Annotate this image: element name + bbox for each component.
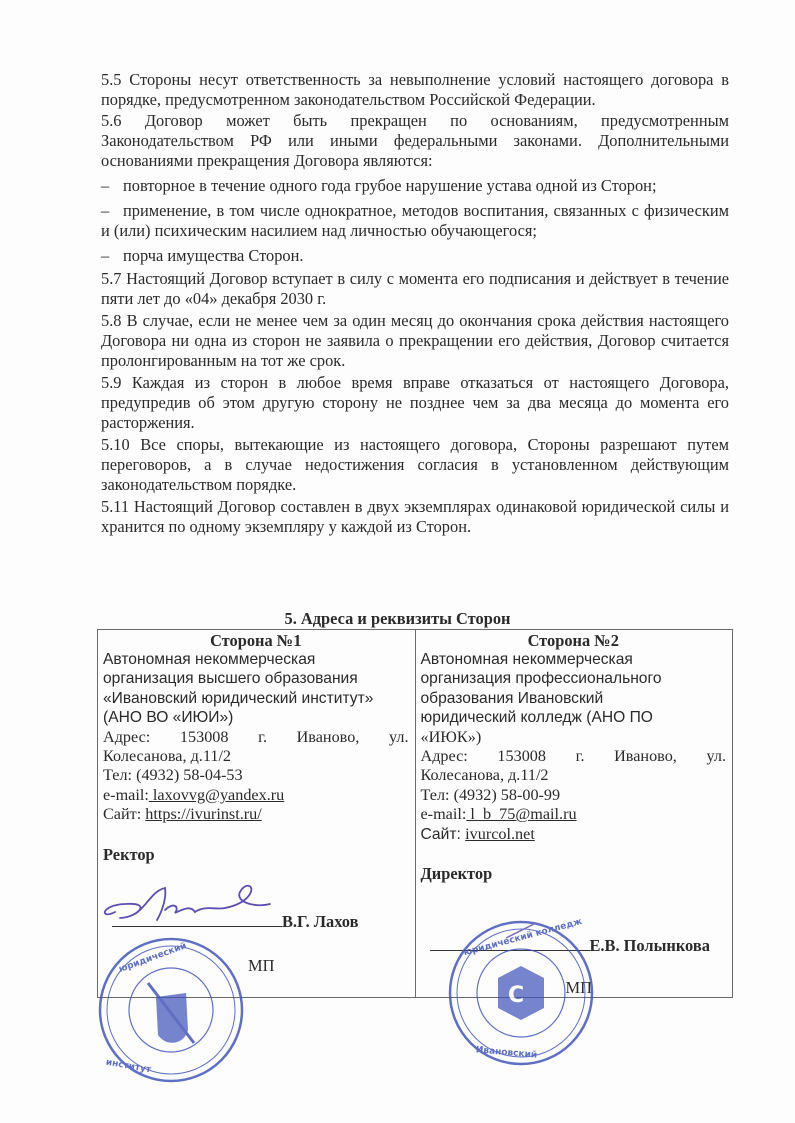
party2-site-row: Сайт: ivurcol.net <box>421 825 727 844</box>
clause-5-8: 5.8 В случае, если не менее чем за один … <box>101 311 729 371</box>
party1-address-line2: Колесанова, д.11/2 <box>103 747 409 766</box>
party1-site-link[interactable]: https://ivurinst.ru/ <box>145 805 261 823</box>
party1-signer: В.Г. Лахов <box>282 912 358 931</box>
party2-heading: Сторона №2 <box>421 631 727 650</box>
party1-address-line1: Адрес: 153008 г. Иваново, ул. <box>103 728 409 747</box>
clause-5-7: 5.7 Настоящий Договор вступает в силу с … <box>101 269 729 309</box>
termination-ground-3: –порча имущества Сторон. <box>101 246 729 266</box>
svg-text:юридический: юридический <box>118 941 189 975</box>
clause-5-5: 5.5 Стороны несут ответственность за нев… <box>101 70 729 110</box>
clause-5-9: 5.9 Каждая из сторон в любое время вправ… <box>101 373 729 433</box>
party1-email-row: e-mail: laxovvg@yandex.ru <box>103 786 409 805</box>
party1-org: Автономная некоммерческая организация вы… <box>103 650 409 728</box>
party2-phone: Тел: (4932) 58-00-99 <box>421 786 727 805</box>
party2-address-line2: Колесанова, д.11/2 <box>421 766 727 785</box>
party1-signature-icon <box>95 880 275 930</box>
party2-email-row: e-mail: l_b_75@mail.ru <box>421 805 727 824</box>
party1-mp: МП <box>248 956 274 976</box>
party1-role: Ректор <box>103 845 409 865</box>
party1-stamp-icon: юридический институт <box>96 935 246 1085</box>
party1-site-row: Сайт: https://ivurinst.ru/ <box>103 805 409 824</box>
party2-signer: Е.В. Полынкова <box>590 936 710 955</box>
svg-text:институт: институт <box>105 1058 152 1076</box>
party1-email-link[interactable]: laxovvg@yandex.ru <box>149 786 284 804</box>
clause-5-6: 5.6 Договор может быть прекращен по осно… <box>101 111 729 171</box>
clause-5-10: 5.10 Все споры, вытекающие из настоящего… <box>101 435 729 495</box>
termination-ground-1: –повторное в течение одного года грубое … <box>101 176 729 196</box>
termination-ground-2: –применение, в том числе однократное, ме… <box>101 201 729 241</box>
party2-stamp-icon: C юридический колледж Ивановский <box>446 918 596 1068</box>
party2-org-abbr: «ИЮК») <box>421 728 727 747</box>
party1-heading: Сторона №1 <box>103 631 409 650</box>
clause-5-11: 5.11 Настоящий Договор составлен в двух … <box>101 497 729 537</box>
svg-text:C: C <box>508 983 524 1008</box>
party2-address-line1: Адрес: 153008 г. Иваново, ул. <box>421 747 727 766</box>
section-title-addresses: 5. Адреса и реквизиты Сторон <box>0 609 795 629</box>
party1-phone: Тел: (4932) 58-04-53 <box>103 766 409 785</box>
contract-body: 5.5 Стороны несут ответственность за нев… <box>101 70 729 537</box>
svg-text:Ивановский: Ивановский <box>475 1045 537 1060</box>
party2-site-link[interactable]: ivurcol.net <box>465 825 535 843</box>
party2-role: Директор <box>421 864 727 884</box>
party2-email-link[interactable]: l_b_75@mail.ru <box>466 805 576 823</box>
party2-org: Автономная некоммерческая организация пр… <box>421 650 727 728</box>
